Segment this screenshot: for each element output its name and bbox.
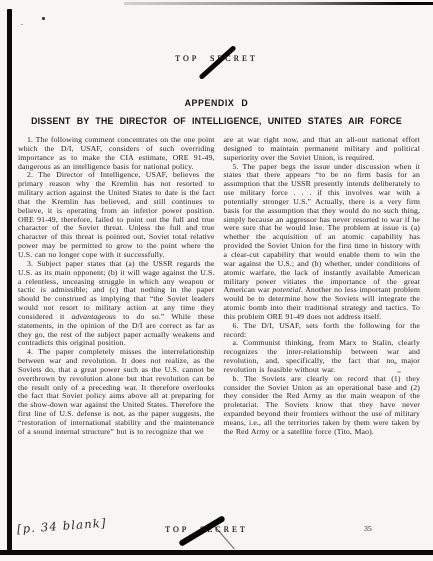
paragraph: 4. The paper completely misses the inter…: [18, 348, 215, 436]
scan-border-left: [7, 9, 12, 552]
paragraph: b. The Soviets are clearly on record tha…: [224, 375, 421, 437]
scan-border-top: [124, 2, 433, 5]
paragraph: 6. The D/I, USAF, sets forth the followi…: [224, 322, 421, 340]
text-segment: 6. The D/I, USAF, sets forth the followi…: [224, 321, 421, 339]
text-segment: 1. The following comment concentrates on…: [18, 135, 215, 171]
paragraph: 1. The following comment concentrates on…: [18, 136, 215, 171]
page-title: DISSENT BY THE DIRECTOR OF INTELLIGENCE,…: [0, 116, 433, 126]
paragraph: 5. The paper begs the issue under discus…: [224, 163, 421, 322]
text-segment: are at war right now, and that an all-ou…: [224, 135, 421, 162]
body-columns: 1. The following comment concentrates on…: [18, 136, 420, 437]
paragraph: 2. The Director of Intelligence, USAF, b…: [18, 171, 215, 259]
text-segment: b. The Soviets are clearly on record tha…: [224, 374, 421, 436]
column-left: 1. The following comment concentrates on…: [18, 136, 215, 437]
scan-speck: [42, 17, 45, 20]
paragraph: are at war right now, and that an all-ou…: [224, 136, 421, 163]
scan-border-bottom: [0, 550, 433, 555]
emphasized-text: potential: [272, 285, 301, 294]
column-right: are at war right now, and that an all-ou…: [224, 136, 421, 437]
text-segment: 5. The paper begs the issue under discus…: [224, 162, 421, 295]
appendix-heading: APPENDIX D: [0, 98, 433, 108]
page-number: 35: [364, 524, 372, 533]
emphasized-text: advantageous: [72, 312, 117, 321]
paragraph: a. Communist thinking, from Marx to Stal…: [224, 339, 421, 374]
text-segment: 2. The Director of Intelligence, USAF, b…: [18, 170, 215, 259]
scanned-document-page: TOP SECRET APPENDIX D DISSENT BY THE DIR…: [0, 0, 433, 561]
text-segment: 4. The paper completely misses the inter…: [18, 347, 215, 436]
text-segment: a. Communist thinking, from Marx to Stal…: [224, 338, 421, 374]
paragraph: 3. Subject paper states that (a) the USS…: [18, 260, 215, 348]
scan-speck: [21, 24, 23, 25]
